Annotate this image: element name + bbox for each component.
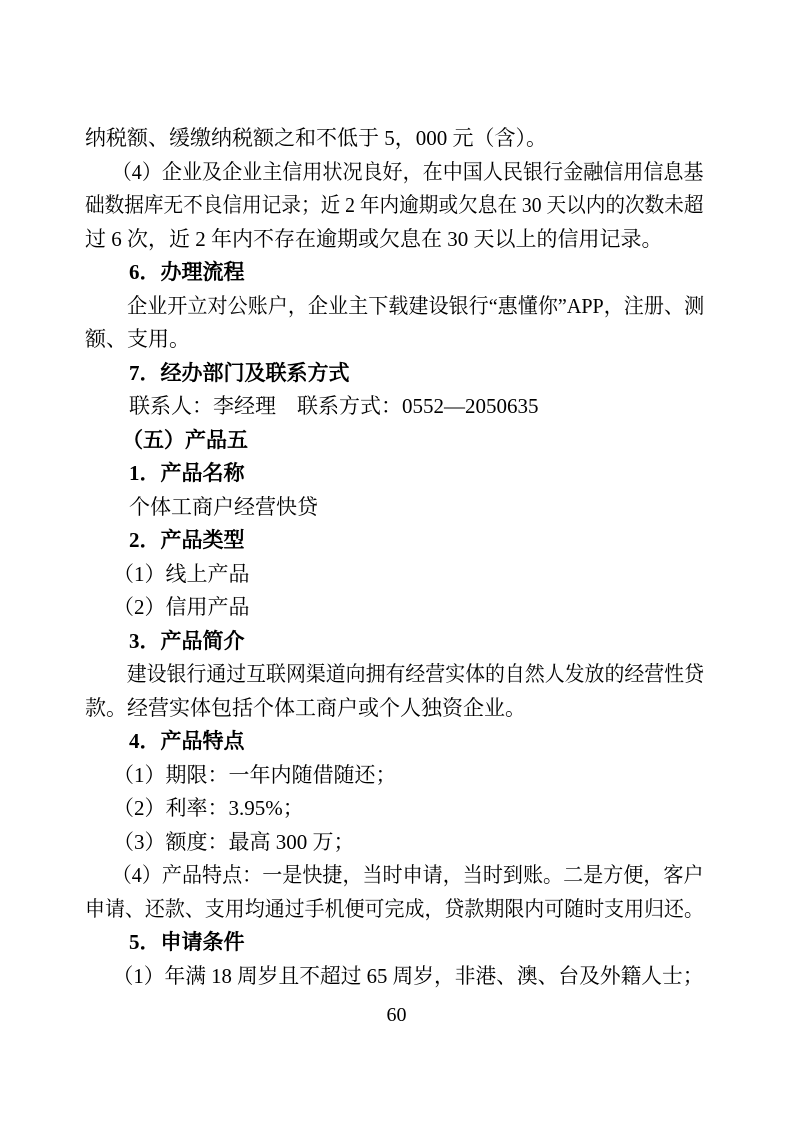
heading-line: 1．产品名称 [85, 457, 704, 491]
heading-line: 3．产品简介 [85, 625, 704, 659]
text-line: 款。经营实体包括个体工商户或个人独资企业。 [85, 692, 704, 726]
text-line: 联系人：李经理 联系方式：0552—2050635 [85, 390, 704, 424]
heading-line: 6．办理流程 [85, 256, 704, 290]
text-line: （3）额度：最高 300 万； [85, 826, 704, 860]
heading-line: 5．申请条件 [85, 926, 704, 960]
text-line: 过 6 次，近 2 年内不存在逾期或欠息在 30 天以上的信用记录。 [85, 223, 704, 257]
document-body: 纳税额、缓缴纳税额之和不低于 5，000 元（含）。（4）企业及企业主信用状况良… [85, 122, 704, 993]
text-line: （1）年满 18 周岁且不超过 65 周岁，非港、澳、台及外籍人士； [85, 960, 696, 994]
heading-line: 4．产品特点 [85, 725, 704, 759]
text-line: 额、支用。 [85, 323, 704, 357]
text-line: （2）信用产品 [85, 591, 704, 625]
heading-line: （五）产品五 [85, 424, 704, 458]
text-line: （1）线上产品 [85, 558, 704, 592]
text-line: 建设银行通过互联网渠道向拥有经营实体的自然人发放的经营性贷 [85, 658, 672, 692]
page-number: 60 [0, 1002, 793, 1028]
heading-line: 2．产品类型 [85, 524, 704, 558]
text-line: 申请、还款、支用均通过手机便可完成，贷款期限内可随时支用归还。 [85, 893, 674, 927]
text-line: （4）产品特点：一是快捷，当时申请，当时到账。二是方便，客户 [85, 859, 676, 893]
document-page: 纳税额、缓缴纳税额之和不低于 5，000 元（含）。（4）企业及企业主信用状况良… [0, 0, 793, 1122]
text-line: 纳税额、缓缴纳税额之和不低于 5，000 元（含）。 [85, 122, 704, 156]
text-line: 企业开立对公账户，企业主下载建设银行“惠懂你”APP，注册、测 [85, 290, 677, 324]
text-line: （2）利率：3.95%； [85, 792, 704, 826]
text-line: （4）企业及企业主信用状况良好，在中国人民银行金融信用信息基 [85, 156, 676, 190]
text-line: 个体工商户经营快贷 [85, 491, 704, 525]
heading-line: 7．经办部门及联系方式 [85, 357, 704, 391]
text-line: 础数据库无不良信用记录；近 2 年内逾期或欠息在 30 天以内的次数未超 [85, 189, 664, 223]
text-line: （1）期限：一年内随借随还； [85, 759, 704, 793]
